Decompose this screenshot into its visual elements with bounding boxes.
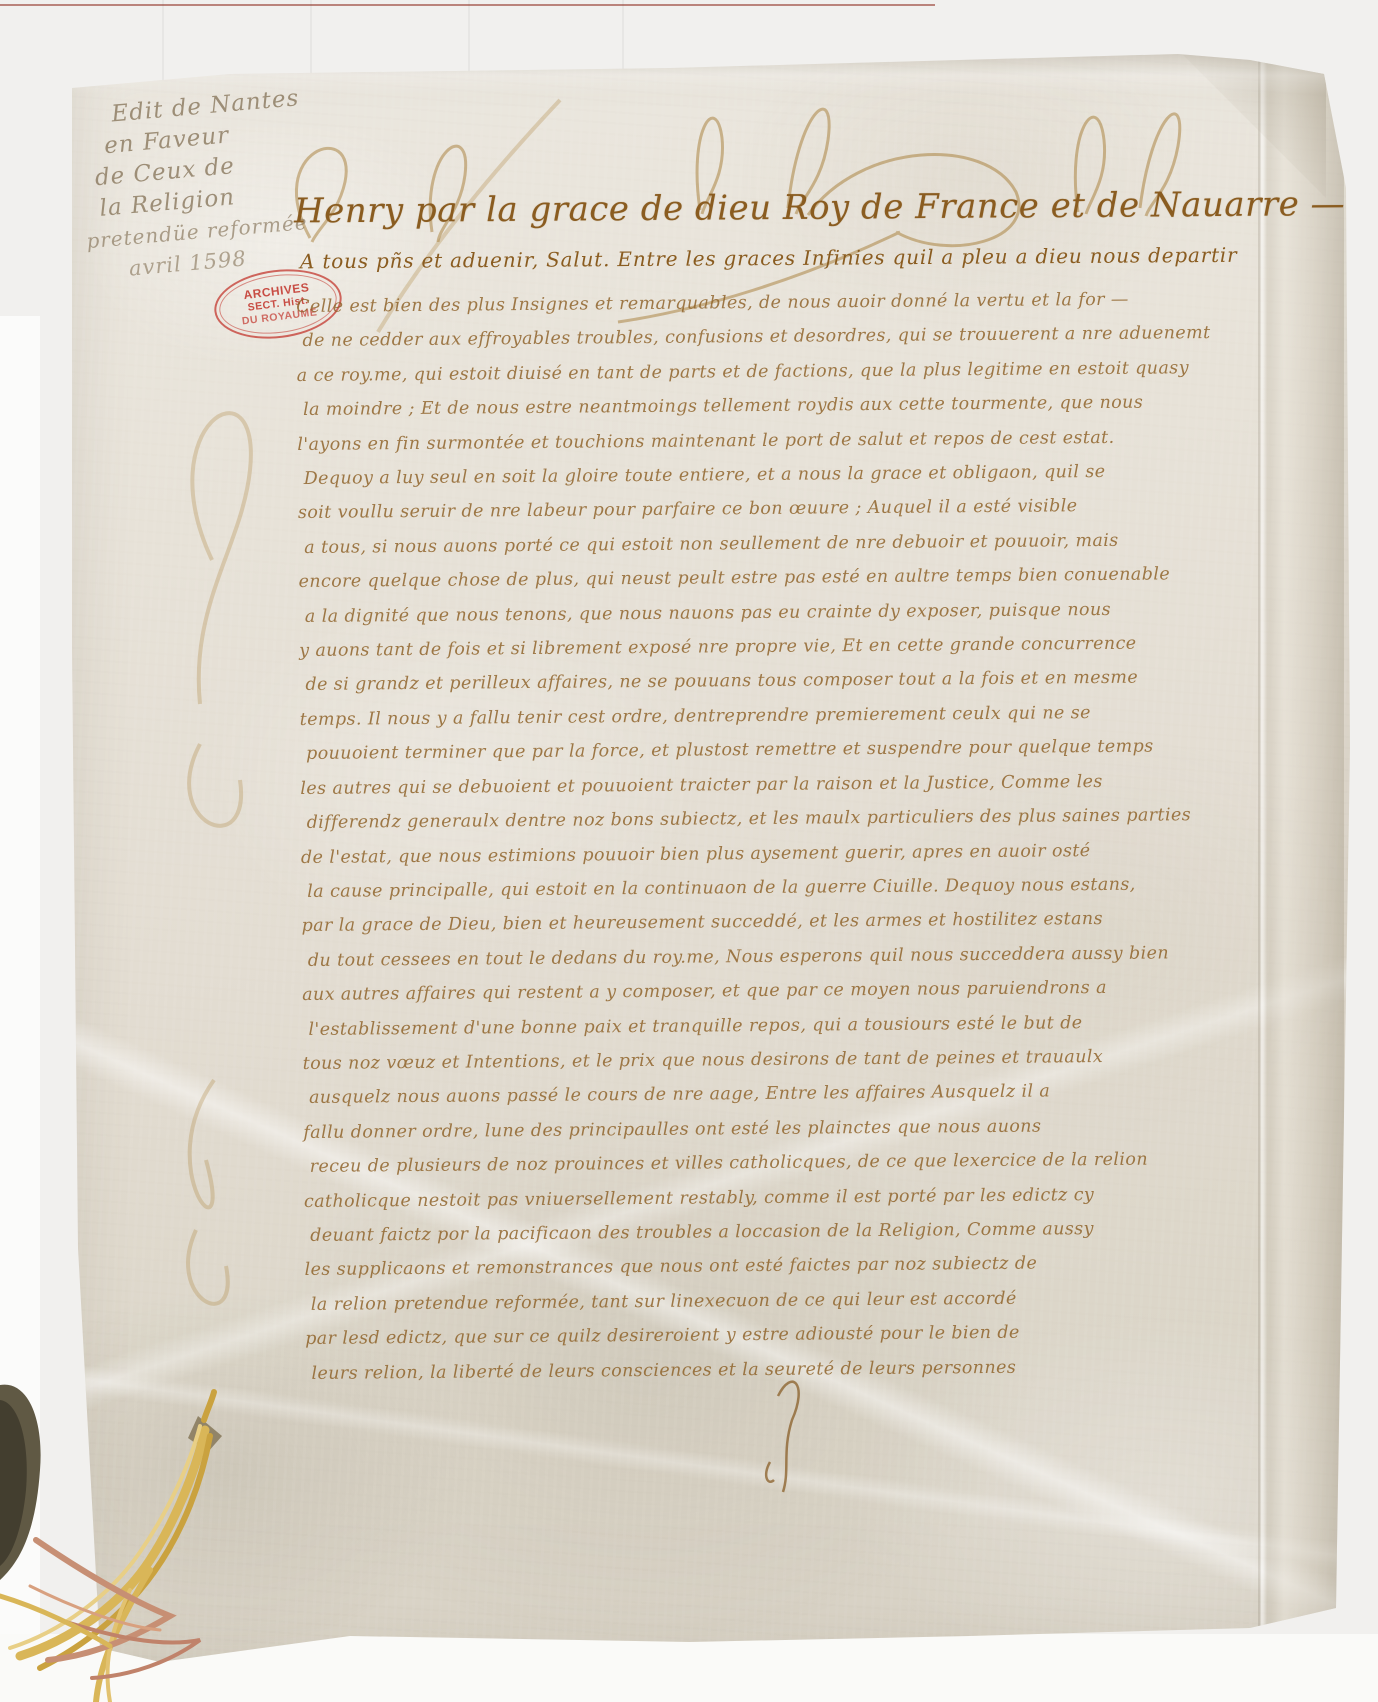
- margin-note: Edit de Nantesen Faveurde Ceux dela Reli…: [88, 83, 314, 287]
- photograph-of-edict-of-nantes-manuscript: { "document": { "margin_note_lines": [ "…: [0, 0, 1378, 1702]
- backing-sheet-edge: [0, 316, 40, 1702]
- manuscript-body: Celle est bien des plus Insignes et rema…: [296, 281, 1281, 1390]
- manuscript-heading: Henry par la grace de dieu Roy de France…: [294, 185, 1274, 232]
